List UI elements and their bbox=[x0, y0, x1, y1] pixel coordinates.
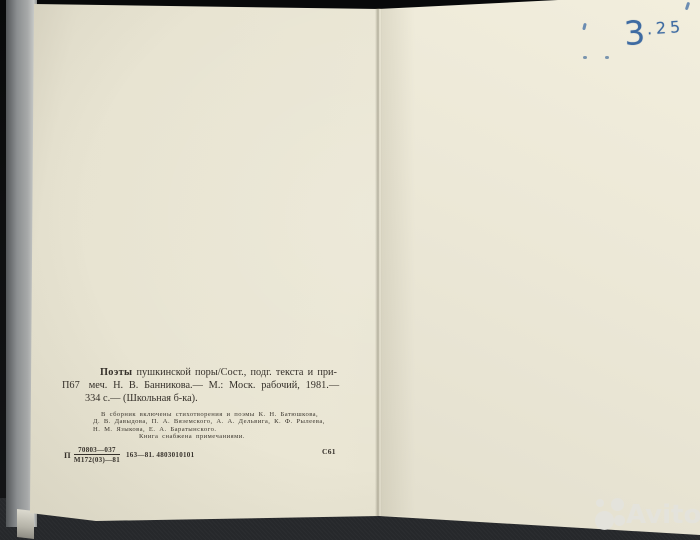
catalog-line-2-text: меч. Н. В. Банникова.— М.: Моск. рабочий… bbox=[89, 380, 339, 391]
ink-dot-icon bbox=[583, 56, 587, 59]
annotation-line-3: Н. М. Языкова, Е. А. Баратынского. bbox=[93, 426, 383, 433]
page-stack-edge bbox=[17, 509, 34, 539]
price-whole: 3 bbox=[623, 13, 647, 53]
imprint-prefix: П bbox=[64, 450, 71, 460]
avito-wordmark: Avito bbox=[626, 500, 700, 530]
annotation-block: В сборник включены стихотворения и поэмы… bbox=[93, 411, 383, 440]
book-photo: Поэты пушкинской поры/Сост., подг. текст… bbox=[0, 0, 700, 540]
gutter-shading bbox=[381, 9, 415, 516]
avito-logo-icon bbox=[596, 499, 604, 507]
avito-logo-icon bbox=[595, 511, 614, 530]
annotation-line-4: Книга снабжена примечаниями. bbox=[93, 433, 383, 440]
imprint-fraction: 70803—037 М172(03)—81 bbox=[74, 446, 120, 464]
catalog-line-2: П67меч. Н. В. Банникова.— М.: Моск. рабо… bbox=[62, 379, 366, 392]
catalog-code: П67 bbox=[62, 380, 80, 391]
avito-logo-icon bbox=[611, 498, 624, 511]
handwritten-price: 3.25 bbox=[623, 10, 686, 53]
imprint-code-line: П 70803—037 М172(03)—81 163—81. 48030101… bbox=[64, 446, 369, 464]
catalog-line-3: 334 с.— (Школьная б-ка). bbox=[62, 392, 366, 405]
imprint-suffix: 163—81. 4803010101 bbox=[126, 451, 194, 459]
imprint-classifier: С61 bbox=[322, 447, 336, 456]
catalog-line-1-text: пушкинской поры/Сост., подг. текста и пр… bbox=[132, 367, 337, 378]
ink-dot-icon bbox=[605, 56, 609, 59]
annotation-line-1: В сборник включены стихотворения и поэмы… bbox=[93, 411, 383, 418]
imprint-numerator: 70803—037 bbox=[74, 446, 120, 454]
annotation-line-2: Д. В. Давыдова, П. А. Вяземского, А. А. … bbox=[93, 418, 383, 425]
avito-logo-icon bbox=[614, 515, 625, 526]
book-title: Поэты bbox=[100, 367, 132, 378]
catalog-line-1: Поэты пушкинской поры/Сост., подг. текст… bbox=[62, 366, 366, 379]
imprint-denominator: М172(03)—81 bbox=[74, 454, 120, 464]
catalog-entry: Поэты пушкинской поры/Сост., подг. текст… bbox=[62, 366, 366, 405]
price-fraction: .25 bbox=[646, 17, 685, 39]
